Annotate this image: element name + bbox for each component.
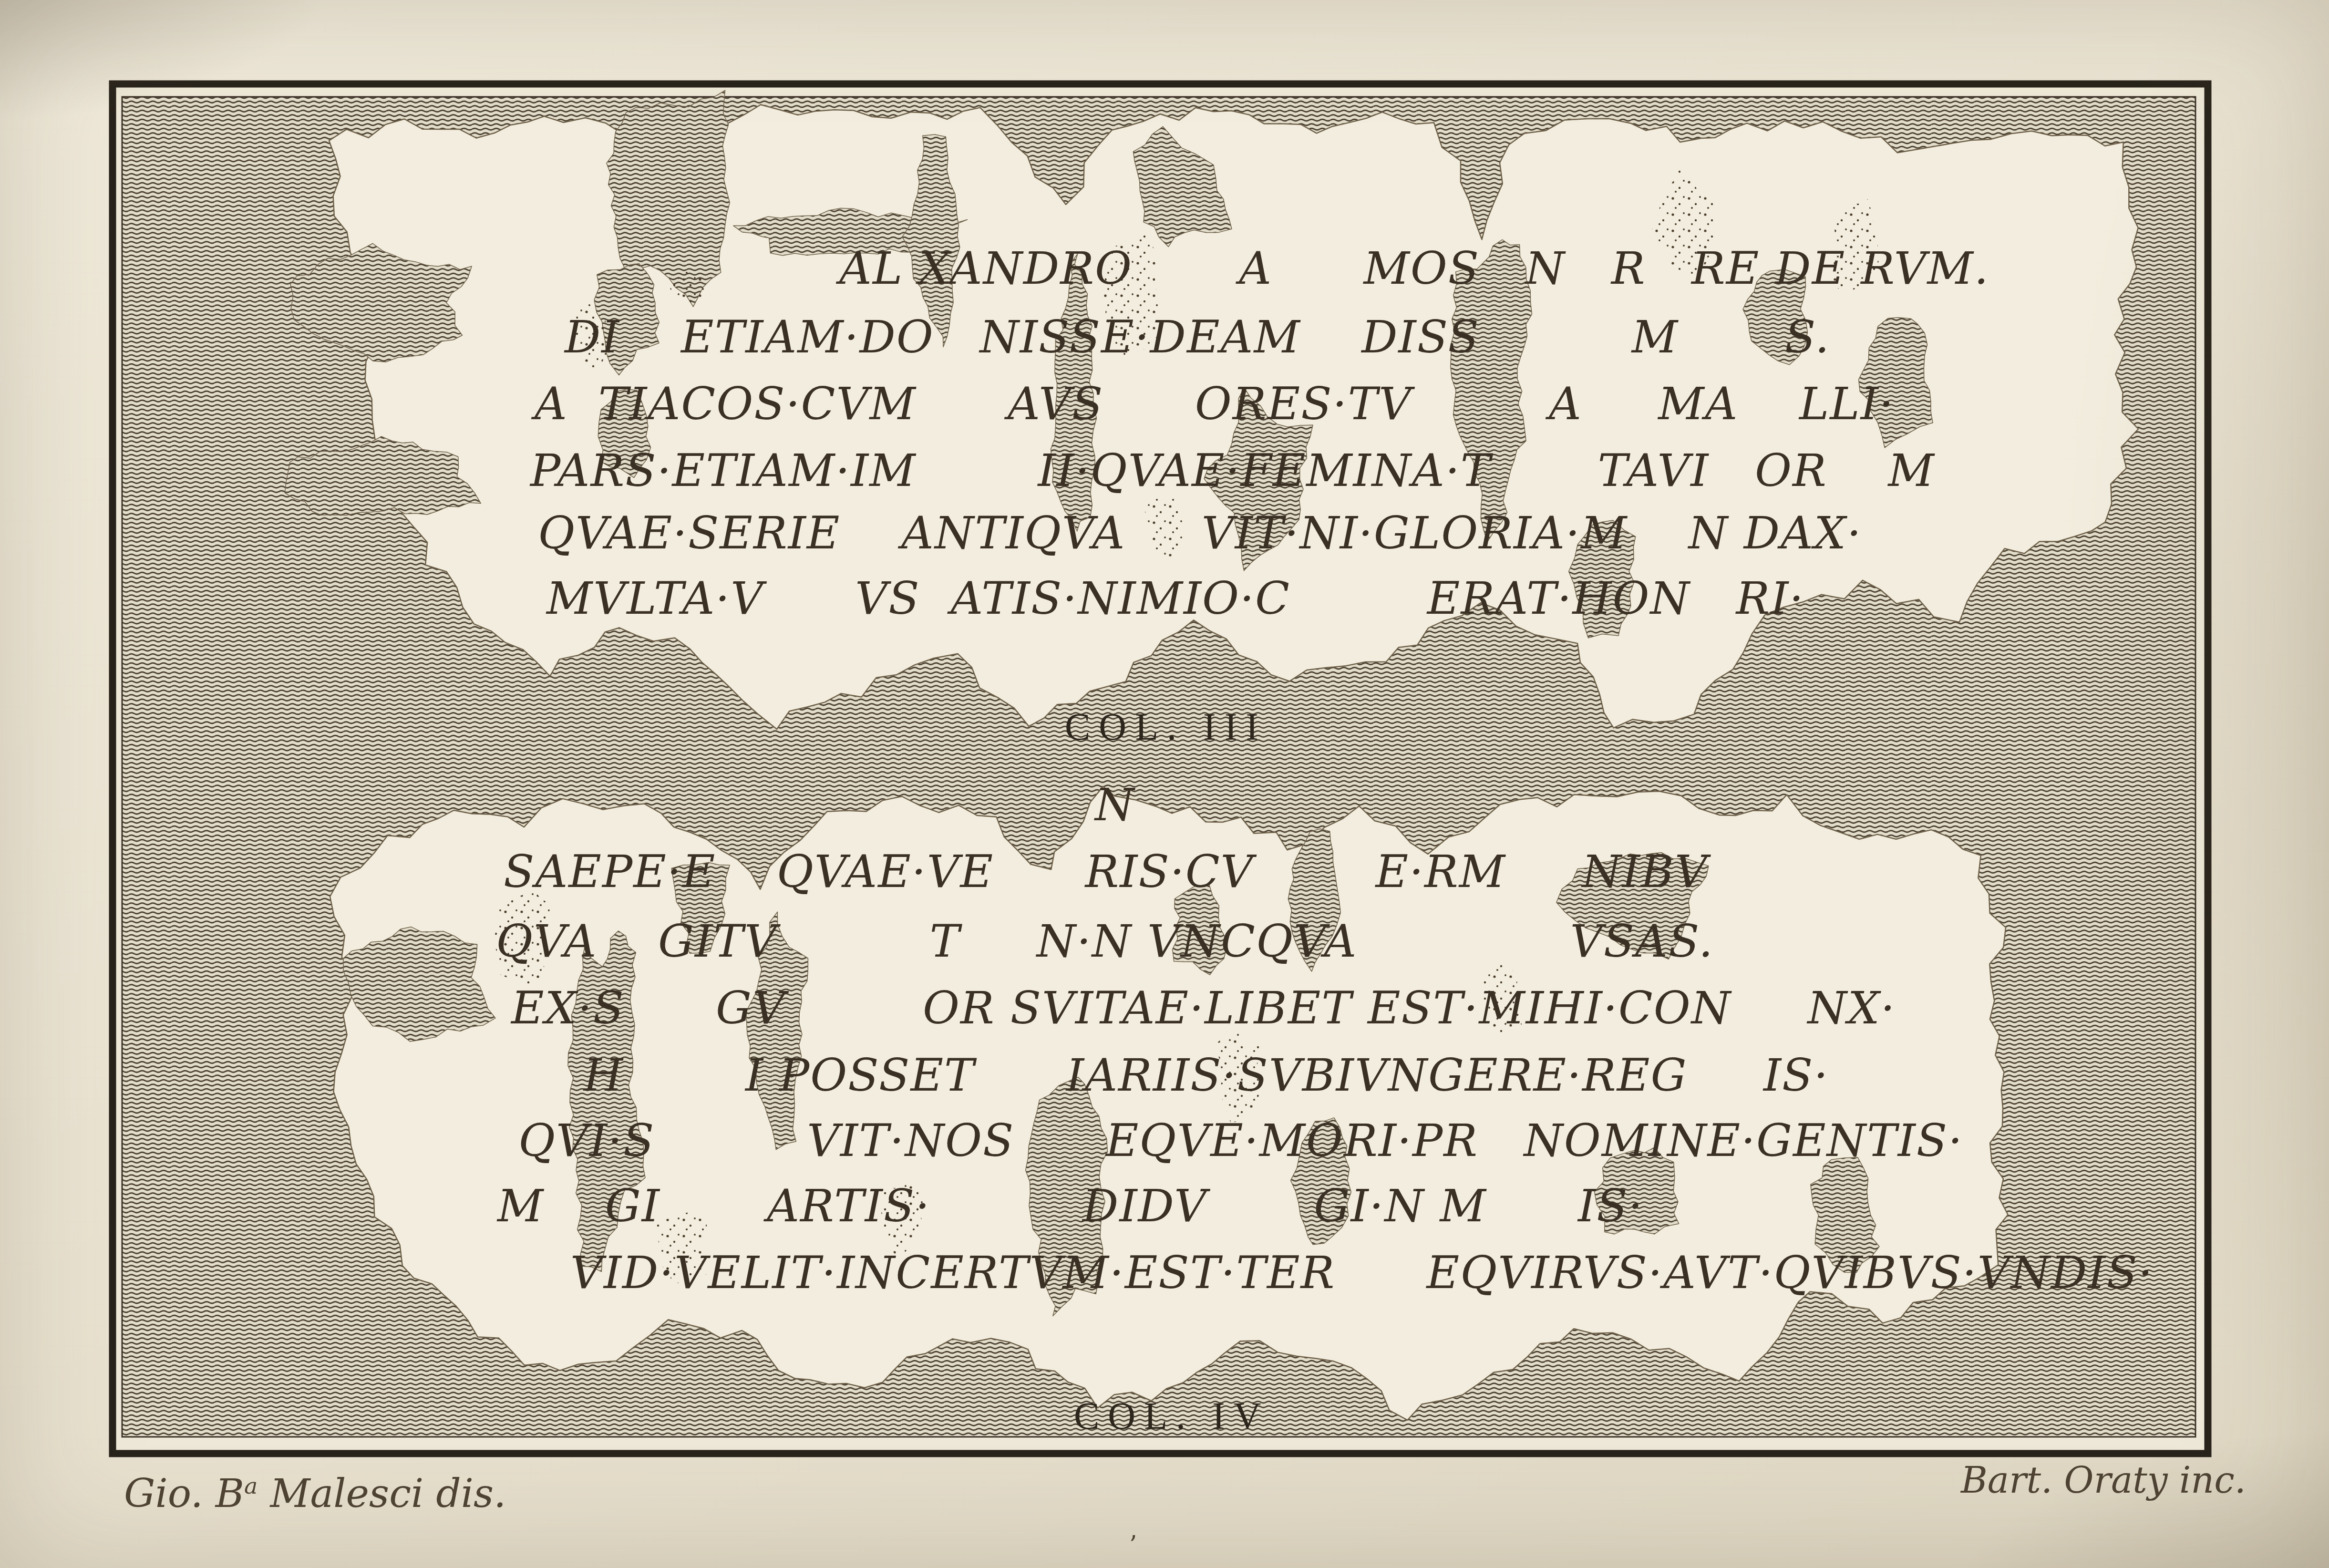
- engraving-page: AL XANDRO A MOS N R RE DE RVM. DI ETIAM·…: [0, 0, 2329, 1568]
- papyrus-text-initial: N: [1095, 783, 1135, 828]
- signature-engraver: Bart. Oraty inc.: [1961, 1462, 2246, 1498]
- papyrus-text-line: QVAE·SERIE ANTIQVA VIT·NI·GLORIA·M N DAX…: [538, 511, 1862, 556]
- signature-designer-role: Malesci dis.: [258, 1471, 506, 1516]
- papyrus-text-line: EX·S GV OR SVITAE·LIBET EST·MIHI·CON NX·: [511, 986, 1896, 1031]
- papyrus-text-line: QVA GITV T N·N VNCQVA VSAS.: [496, 919, 1714, 964]
- papyrus-text-line: M GI ARTIS· DIDV GI·N M IS·: [497, 1184, 1643, 1229]
- papyrus-text-line: MVLTA·V VS ATIS·NIMIO·C ERAT·HON RI·: [546, 577, 1804, 621]
- engraved-plate: [0, 0, 2329, 1568]
- papyrus-text-line: PARS·ETIAM·IM II·QVAE·FEMINA·T TAVI OR M: [530, 449, 1935, 494]
- papyrus-text-line: SAEPE·E QVAE·VE RIS·CV E·RM NIBV: [504, 850, 1708, 895]
- column-label-col4: COL. IV: [1074, 1397, 1269, 1435]
- column-label-col3: COL. III: [1065, 708, 1267, 746]
- papyrus-text-line: QVI·S VIT·NOS EQVE·MORI·PR NOMINE·GENTIS…: [518, 1119, 1963, 1164]
- signature-designer-name: Gio. B: [124, 1471, 244, 1516]
- papyrus-text-line: VID·VELIT·INCERTVM·EST·TER EQVIRVS·AVT·Q…: [570, 1251, 2154, 1296]
- papyrus-text-line: H I POSSET IARIIS·SVBIVNGERE·REG IS·: [584, 1053, 1829, 1098]
- papyrus-text-line: A TIACOS·CVM AVS ORES·TV A MA LLI·: [535, 382, 1895, 427]
- footer-mark: ’: [1129, 1531, 1137, 1559]
- papyrus-text-line: AL XANDRO A MOS N R RE DE RVM.: [839, 247, 1989, 291]
- signature-designer-superscript: a: [244, 1473, 258, 1499]
- papyrus-text-line: DI ETIAM·DO NISSE·DEAM DISS M S.: [565, 315, 1830, 360]
- signature-designer: Gio. Ba Malesci dis.: [124, 1475, 506, 1514]
